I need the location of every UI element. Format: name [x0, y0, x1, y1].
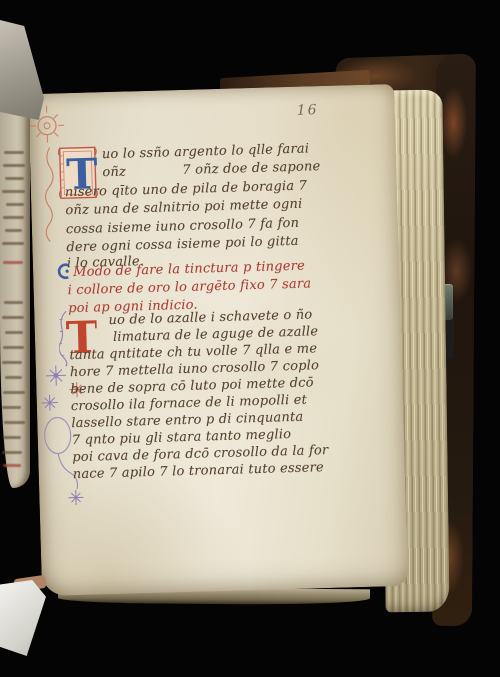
edge-text-fragment — [3, 216, 24, 219]
edge-text-fragment — [3, 391, 25, 394]
edge-text-fragment — [3, 164, 25, 167]
edge-text-fragment — [3, 261, 23, 264]
edge-text-fragment — [2, 406, 21, 409]
edge-text-fragment — [3, 346, 24, 349]
edge-text-fragment — [3, 464, 21, 467]
edge-text-fragment — [2, 361, 22, 364]
edge-text-fragment — [2, 316, 24, 319]
edge-text-fragment — [5, 229, 22, 232]
edge-text-fragment — [5, 331, 23, 334]
text-line: oñz 7 oñz doe de sapone — [102, 159, 320, 181]
edge-text-fragment — [2, 190, 25, 193]
edge-text-fragment — [5, 177, 24, 180]
facing-page-edge — [0, 96, 30, 488]
paper-bookmark-tab — [0, 20, 44, 120]
manuscript-photograph: 16 — [0, 0, 500, 677]
folio-number: 16 — [296, 102, 337, 125]
edge-text-fragment — [3, 436, 21, 439]
manuscript-page: 16 — [28, 84, 408, 596]
edge-text-fragment — [4, 301, 23, 304]
edge-text-fragment — [2, 242, 24, 245]
paper-support-bottom-left — [0, 580, 46, 656]
edge-text-fragment — [5, 376, 22, 379]
edge-text-fragment — [2, 451, 22, 454]
paragraph-mark — [57, 263, 71, 279]
edge-text-fragment — [4, 421, 25, 424]
edge-text-fragment — [6, 203, 24, 206]
edge-text-fragment — [4, 151, 24, 154]
